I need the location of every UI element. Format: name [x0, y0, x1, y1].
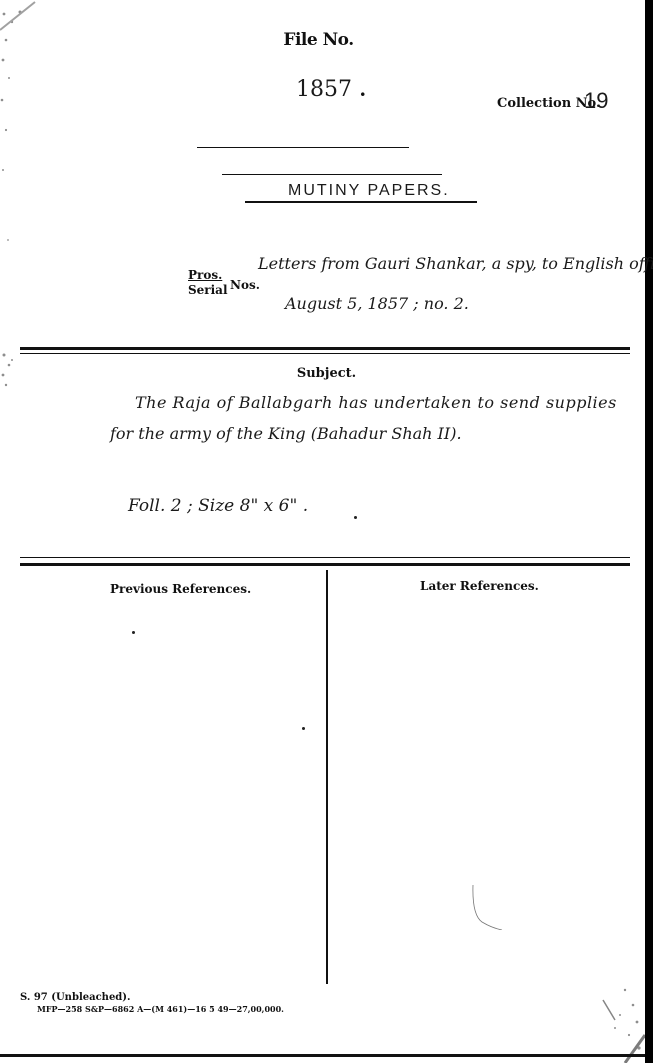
file-year: 1857. — [296, 76, 366, 102]
form-number: S. 97 (Unbleached). — [20, 992, 131, 1003]
folio-size-note: Foll. 2 ; Size 8" x 6" . — [128, 496, 308, 516]
serial-label: Serial — [188, 283, 228, 297]
subject-top-rule-thick — [20, 347, 630, 350]
header-rule-1 — [197, 147, 409, 148]
scan-right-edge-band — [645, 0, 653, 1063]
subject-top-rule-thin — [20, 353, 630, 354]
pros-serial-label: Pros. Serial — [188, 268, 228, 298]
document-title: MUTINY PAPERS. — [288, 182, 450, 200]
pros-description-line1: Letters from Gauri Shankar, a spy, to En… — [258, 254, 653, 273]
scan-corner-noise-bottom-right — [595, 960, 645, 1063]
nos-label: Nos. — [230, 278, 260, 292]
file-no-label: File No. — [0, 30, 653, 50]
ink-speck — [132, 631, 135, 634]
later-references-label: Later References. — [420, 579, 539, 593]
references-divider — [326, 570, 328, 984]
title-underline — [245, 201, 477, 203]
scan-bottom-edge-line — [0, 1054, 645, 1057]
pros-label: Pros. — [188, 268, 228, 283]
references-top-rule-thin — [20, 557, 630, 558]
printer-imprint: MFP—258 S&P—6862 A—(M 461)—16 5 49—27,00… — [37, 1004, 284, 1014]
ink-speck — [354, 516, 357, 519]
subject-label: Subject. — [0, 366, 653, 381]
pros-description-line2: August 5, 1857 ; no. 2. — [285, 294, 469, 313]
subject-text-line2: for the army of the King (Bahadur Shah I… — [110, 424, 462, 443]
collection-number: 19 — [584, 88, 608, 114]
subject-text-line1: The Raja of Ballabgarh has undertaken to… — [135, 393, 617, 412]
ink-speck — [302, 727, 305, 730]
header-rule-2 — [222, 174, 442, 175]
previous-references-label: Previous References. — [110, 582, 251, 596]
references-top-rule-thick — [20, 563, 630, 566]
faint-pencil-mark — [470, 880, 510, 930]
scan-corner-noise-top-left — [0, 0, 40, 400]
